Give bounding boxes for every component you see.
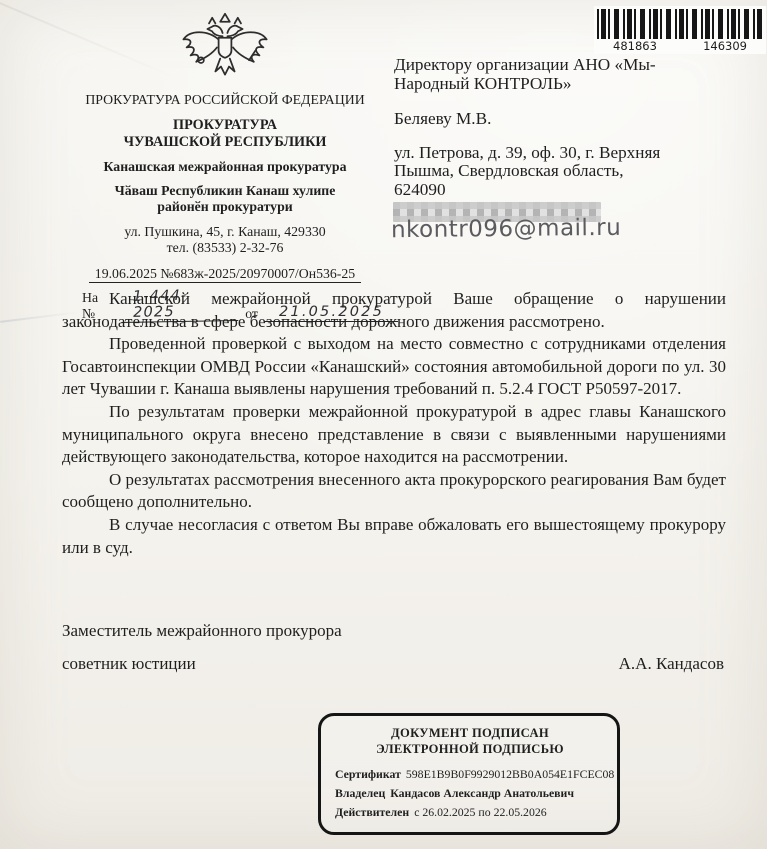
- recipient-address-line3: 624090: [394, 181, 739, 200]
- barcode-numbers: 481863 146309: [597, 39, 763, 53]
- stamp-details: Сертификат598E1B9B0F9929012BB0A054E1FCEC…: [335, 765, 605, 822]
- certificate-label: Сертификат: [335, 767, 401, 781]
- recipient-block: Директору организации АНО «Мы- Народный …: [394, 56, 739, 200]
- stamp-title-line2: ЭЛЕКТРОННОЙ ПОДПИСЬЮ: [335, 741, 605, 757]
- recipient-address-line1: ул. Петрова, д. 39, оф. 30, г. Верхняя: [394, 144, 739, 163]
- letter-body: Канашской межрайонной прокуратурой Ваше …: [62, 288, 726, 559]
- barcode-bars-icon: [597, 9, 763, 39]
- org-federation: ПРОКУРАТУРА РОССИЙСКОЙ ФЕДЕРАЦИИ: [52, 92, 398, 108]
- letterhead: ПРОКУРАТУРА РОССИЙСКОЙ ФЕДЕРАЦИИ ПРОКУРА…: [52, 10, 398, 322]
- org-republic: ПРОКУРАТУРА ЧУВАШСКОЙ РЕСПУБЛИКИ: [52, 117, 398, 150]
- signature-row: советник юстиции А.А. Кандасов: [62, 654, 724, 674]
- body-paragraph: По результатам проверки межрайонной прок…: [62, 401, 726, 469]
- org-address: ул. Пушкина, 45, г. Канаш, 429330: [52, 224, 398, 240]
- doc-date-number: 19.06.2025 №683ж-2025/20970007/Он536-25: [89, 266, 361, 283]
- signer-position-line1: Заместитель межрайонного прокурора: [62, 621, 342, 641]
- org-republic-line2: ЧУВАШСКОЙ РЕСПУБЛИКИ: [52, 134, 398, 151]
- recipient-address: ул. Петрова, д. 39, оф. 30, г. Верхняя П…: [394, 144, 739, 200]
- esignature-stamp: ДОКУМЕНТ ПОДПИСАН ЭЛЕКТРОННОЙ ПОДПИСЬЮ С…: [318, 713, 620, 835]
- org-chuvash-line2: районӗн прокуратури: [52, 199, 398, 215]
- validity-value: с 26.02.2025 по 22.05.2026: [414, 805, 546, 819]
- body-paragraph: О результатах рассмотрения внесенного ак…: [62, 469, 726, 514]
- body-paragraph: Проведенной проверкой с выходом на место…: [62, 333, 726, 401]
- recipient-address-line2: Пышма, Свердловская область,: [394, 162, 739, 181]
- validity-label: Действителен: [335, 805, 409, 819]
- certificate-value: 598E1B9B0F9929012BB0A054E1FCEC08: [406, 767, 614, 781]
- stamp-owner-row: ВладелецКандасов Александр Анатольевич: [335, 784, 605, 803]
- postal-barcode: 481863 146309: [594, 6, 766, 54]
- stamp-title: ДОКУМЕНТ ПОДПИСАН ЭЛЕКТРОННОЙ ПОДПИСЬЮ: [335, 725, 605, 757]
- doc-number-line: 19.06.2025 №683ж-2025/20970007/Он536-25: [52, 266, 398, 282]
- recipient-name: Беляеву М.В.: [394, 110, 739, 129]
- body-paragraph: Канашской межрайонной прокуратурой Ваше …: [62, 288, 726, 333]
- barcode-number-left: 481863: [613, 39, 657, 53]
- signer-position-line2: советник юстиции: [62, 654, 196, 674]
- org-district: Канашская межрайонная прокуратура: [52, 159, 398, 175]
- recipient-title-line2: Народный КОНТРОЛЬ»: [394, 75, 739, 94]
- owner-label: Владелец: [335, 786, 385, 800]
- email-handwritten: nkontr096@mail.ru: [391, 215, 621, 243]
- org-republic-line1: ПРОКУРАТУРА: [52, 117, 398, 134]
- org-chuvash-line1: Чӑваш Республикин Канаш хулипе: [52, 183, 398, 199]
- org-contacts: ул. Пушкина, 45, г. Канаш, 429330 тел. (…: [52, 224, 398, 256]
- stamp-validity-row: Действителенс 26.02.2025 по 22.05.2026: [335, 803, 605, 822]
- stamp-certificate-row: Сертификат598E1B9B0F9929012BB0A054E1FCEC…: [335, 765, 605, 784]
- recipient-title: Директору организации АНО «Мы- Народный …: [394, 56, 739, 93]
- coat-of-arms-emblem-icon: [177, 10, 273, 88]
- barcode-number-right: 146309: [703, 39, 747, 53]
- stamp-title-line1: ДОКУМЕНТ ПОДПИСАН: [335, 725, 605, 741]
- recipient-title-line1: Директору организации АНО «Мы-: [394, 56, 739, 75]
- scanned-letter-page: 481863 146309 ПРОКУРАТУРА РОССИЙСКОЙ ФЕД…: [0, 0, 767, 849]
- owner-value: Кандасов Александр Анатольевич: [390, 786, 574, 800]
- org-district-chuvash: Чӑваш Республикин Канаш хулипе районӗн п…: [52, 183, 398, 215]
- org-phone: тел. (83533) 2-32-76: [52, 240, 398, 256]
- body-paragraph: В случае несогласия с ответом Вы вправе …: [62, 514, 726, 559]
- signer-name: А.А. Кандасов: [619, 654, 724, 674]
